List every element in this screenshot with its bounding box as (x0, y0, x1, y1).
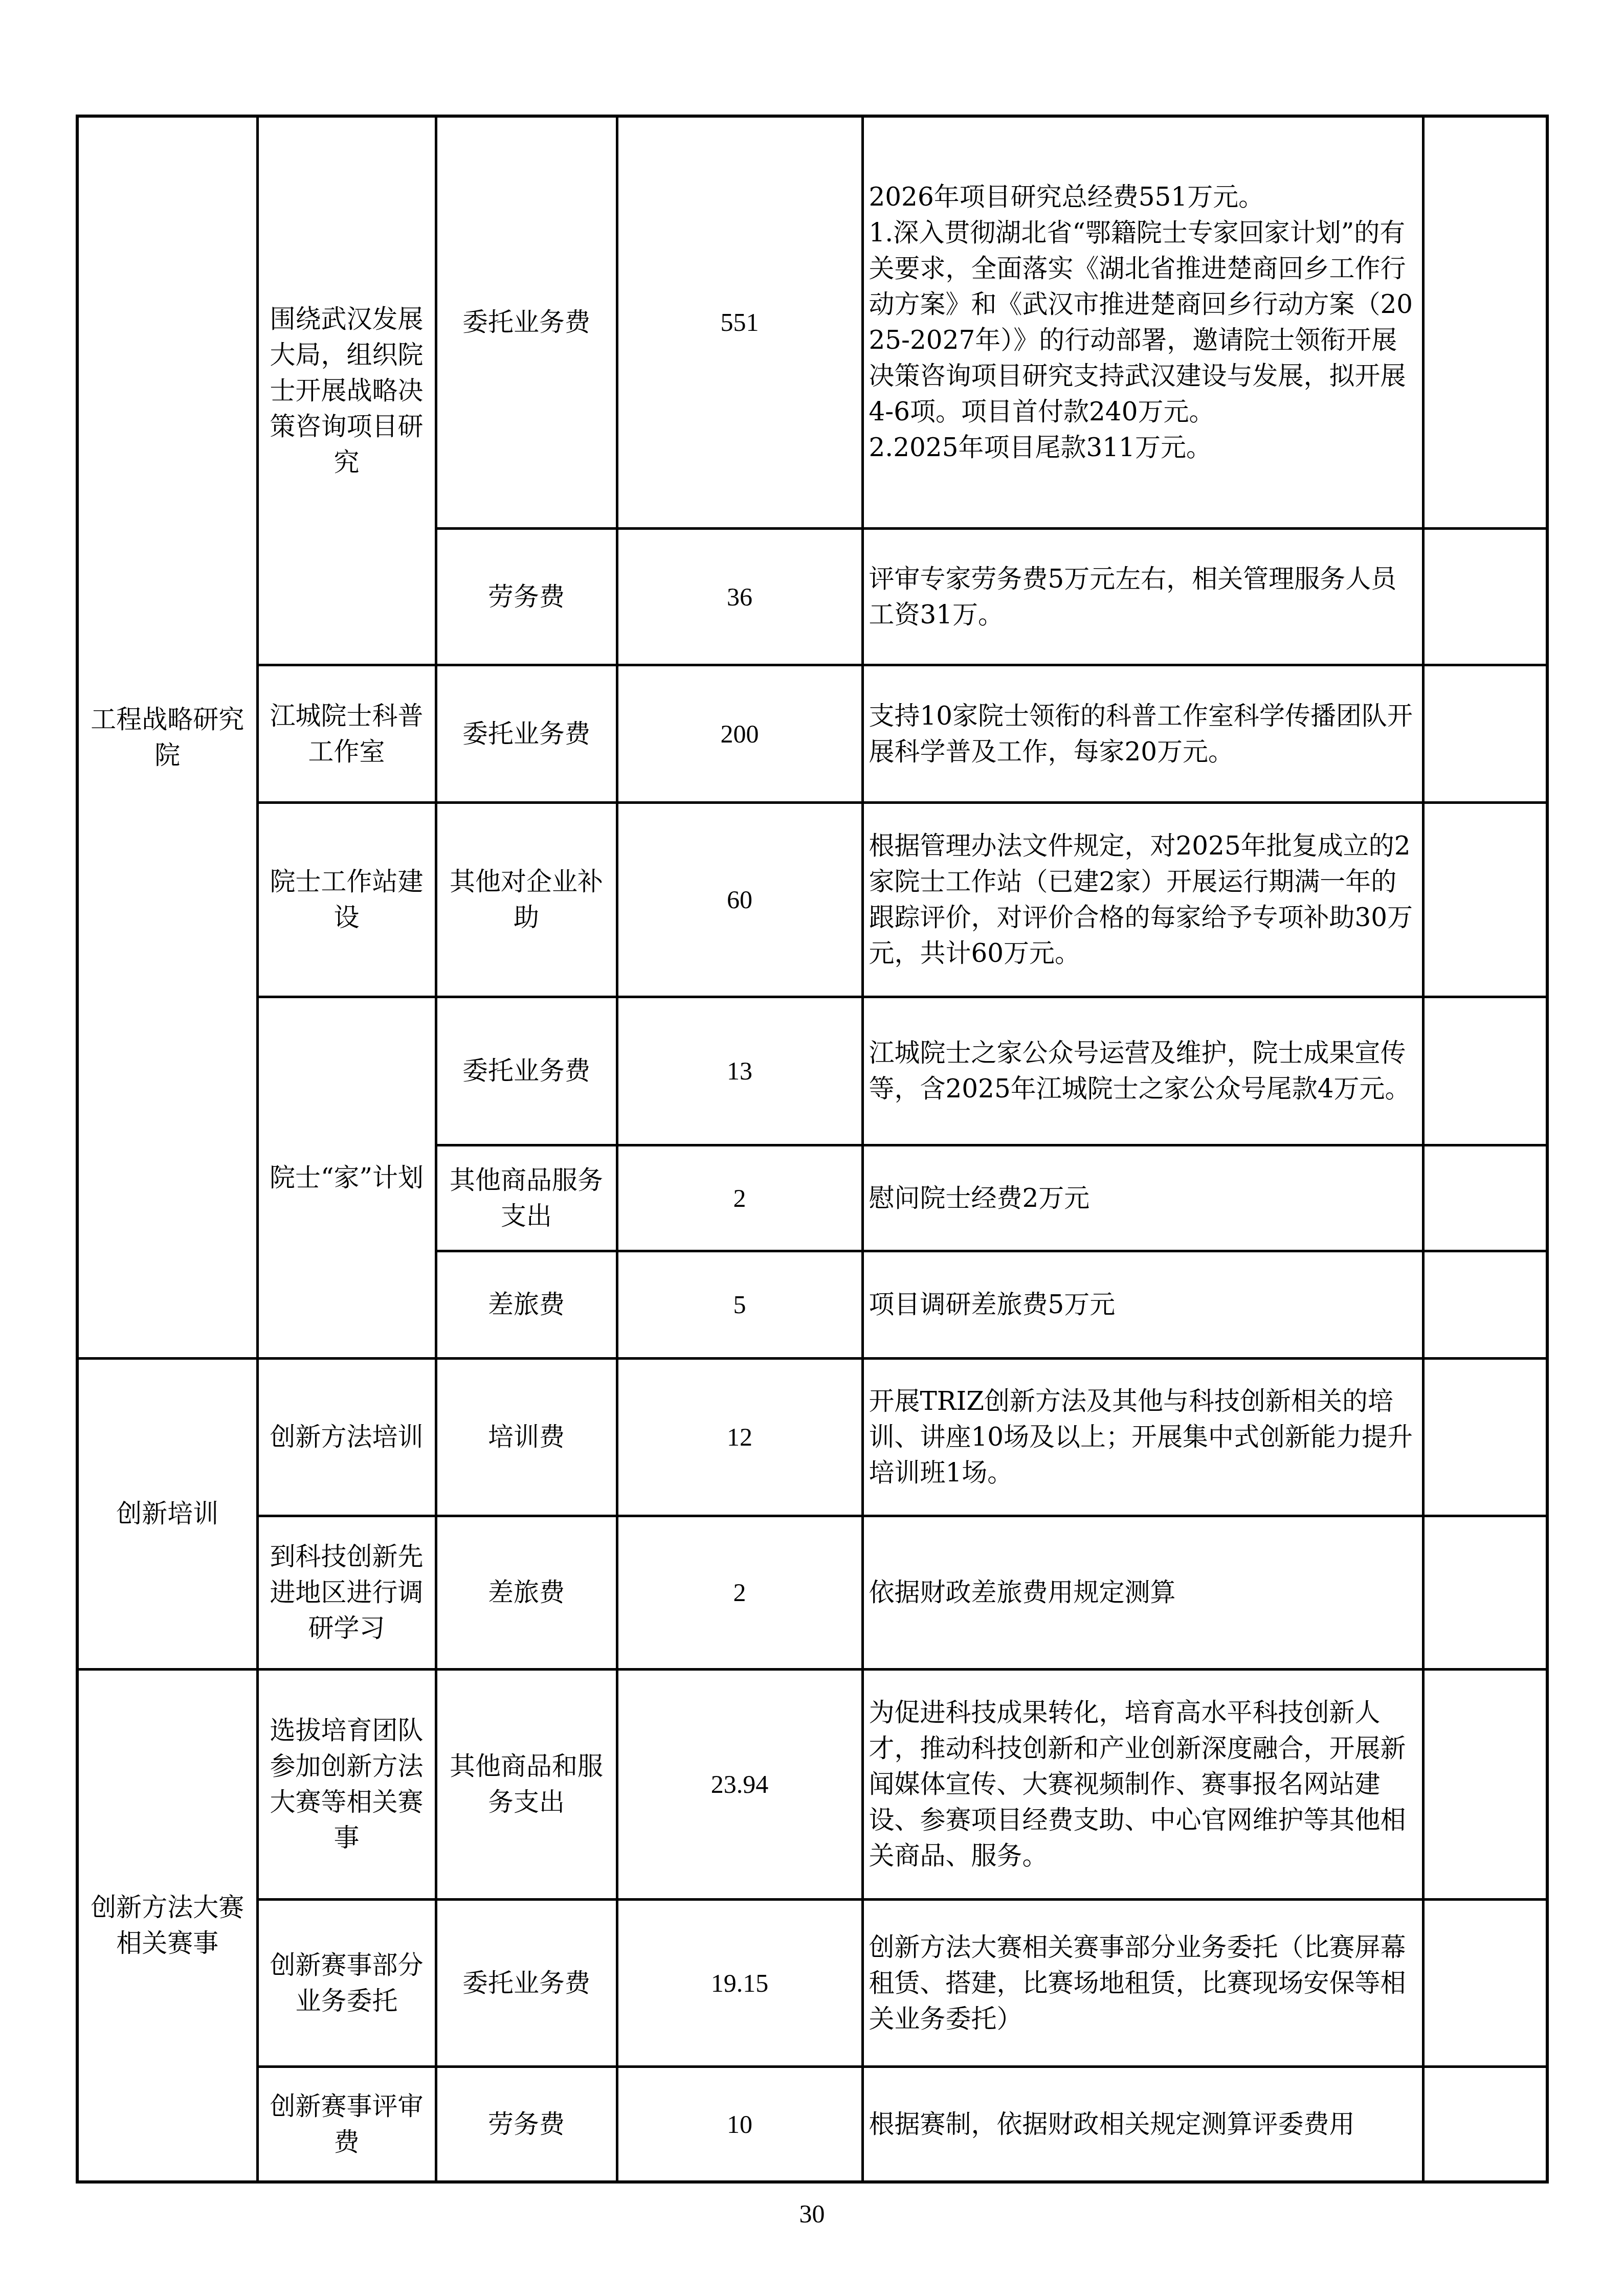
description-cell: 2026年项目研究总经费551万元。 1.深入贯彻湖北省“鄂籍院士专家回家计划”… (862, 116, 1423, 528)
expense-type-cell: 劳务费 (436, 528, 617, 665)
remark-cell (1423, 1145, 1547, 1251)
table-row: 院士“家”计划 委托业务费 13 江城院士之家公众号运营及维护，院士成果宣传等，… (77, 997, 1547, 1145)
table-row: 创新赛事评审费 劳务费 10 根据赛制，依据财政相关规定测算评委费用 (77, 2066, 1547, 2182)
description-cell: 创新方法大赛相关赛事部分业务委托（比赛屏幕租赁、搭建，比赛场地租赁，比赛现场安保… (862, 1899, 1423, 2066)
remark-cell (1423, 1899, 1547, 2066)
amount-cell: 36 (617, 528, 862, 665)
category-cell: 创新培训 (77, 1358, 257, 1669)
expense-type-cell: 其他商品服务支出 (436, 1145, 617, 1251)
project-cell: 围绕武汉发展大局，组织院士开展战略决策咨询项目研究 (257, 116, 436, 665)
project-cell: 创新赛事部分业务委托 (257, 1899, 436, 2066)
description-cell: 慰问院士经费2万元 (862, 1145, 1423, 1251)
amount-cell: 60 (617, 802, 862, 997)
expense-type-cell: 差旅费 (436, 1516, 617, 1669)
description-cell: 项目调研差旅费5万元 (862, 1251, 1423, 1358)
table-row: 创新方法大赛相关赛事 选拔培育团队参加创新方法大赛等相关赛事 其他商品和服务支出… (77, 1669, 1547, 1899)
amount-cell: 5 (617, 1251, 862, 1358)
amount-cell: 551 (617, 116, 862, 528)
description-cell: 支持10家院士领衔的科普工作室科学传播团队开展科学普及工作，每家20万元。 (862, 665, 1423, 802)
amount-cell: 2 (617, 1516, 862, 1669)
description-cell: 江城院士之家公众号运营及维护，院士成果宣传等，含2025年江城院士之家公众号尾款… (862, 997, 1423, 1145)
expense-type-cell: 差旅费 (436, 1251, 617, 1358)
expense-type-cell: 委托业务费 (436, 116, 617, 528)
table-row: 创新培训 创新方法培训 培训费 12 开展TRIZ创新方法及其他与科技创新相关的… (77, 1358, 1547, 1516)
expense-type-cell: 其他商品和服务支出 (436, 1669, 617, 1899)
amount-cell: 13 (617, 997, 862, 1145)
amount-cell: 19.15 (617, 1899, 862, 2066)
description-cell: 根据管理办法文件规定，对2025年批复成立的2家院士工作站（已建2家）开展运行期… (862, 802, 1423, 997)
project-cell: 院士“家”计划 (257, 997, 436, 1358)
table-row: 院士工作站建设 其他对企业补助 60 根据管理办法文件规定，对2025年批复成立… (77, 802, 1547, 997)
expense-type-cell: 委托业务费 (436, 1899, 617, 2066)
remark-cell (1423, 1669, 1547, 1899)
remark-cell (1423, 802, 1547, 997)
remark-cell (1423, 1358, 1547, 1516)
category-cell: 工程战略研究院 (77, 116, 257, 1358)
project-cell: 江城院士科普工作室 (257, 665, 436, 802)
remark-cell (1423, 116, 1547, 528)
description-cell: 依据财政差旅费用规定测算 (862, 1516, 1423, 1669)
remark-cell (1423, 2066, 1547, 2182)
remark-cell (1423, 997, 1547, 1145)
remark-cell (1423, 1516, 1547, 1669)
description-cell: 根据赛制，依据财政相关规定测算评委费用 (862, 2066, 1423, 2182)
table-row: 工程战略研究院 围绕武汉发展大局，组织院士开展战略决策咨询项目研究 委托业务费 … (77, 116, 1547, 528)
amount-cell: 10 (617, 2066, 862, 2182)
project-cell: 创新赛事评审费 (257, 2066, 436, 2182)
category-cell: 创新方法大赛相关赛事 (77, 1669, 257, 2182)
description-cell: 评审专家劳务费5万元左右，相关管理服务人员工资31万。 (862, 528, 1423, 665)
amount-cell: 200 (617, 665, 862, 802)
description-text: 2026年项目研究总经费551万元。 1.深入贯彻湖北省“鄂籍院士专家回家计划”… (869, 179, 1417, 465)
expense-type-cell: 委托业务费 (436, 665, 617, 802)
amount-cell: 12 (617, 1358, 862, 1516)
amount-cell: 23.94 (617, 1669, 862, 1899)
remark-cell (1423, 1251, 1547, 1358)
description-cell: 为促进科技成果转化，培育高水平科技创新人才，推动科技创新和产业创新深度融合，开展… (862, 1669, 1423, 1899)
project-cell: 院士工作站建设 (257, 802, 436, 997)
expense-type-cell: 委托业务费 (436, 997, 617, 1145)
page-number: 30 (0, 2199, 1624, 2229)
project-cell: 创新方法培训 (257, 1358, 436, 1516)
expense-type-cell: 劳务费 (436, 2066, 617, 2182)
remark-cell (1423, 528, 1547, 665)
table-row: 到科技创新先进地区进行调研学习 差旅费 2 依据财政差旅费用规定测算 (77, 1516, 1547, 1669)
expense-type-cell: 培训费 (436, 1358, 617, 1516)
table-row: 江城院士科普工作室 委托业务费 200 支持10家院士领衔的科普工作室科学传播团… (77, 665, 1547, 802)
amount-cell: 2 (617, 1145, 862, 1251)
remark-cell (1423, 665, 1547, 802)
project-cell: 选拔培育团队参加创新方法大赛等相关赛事 (257, 1669, 436, 1899)
table-row: 创新赛事部分业务委托 委托业务费 19.15 创新方法大赛相关赛事部分业务委托（… (77, 1899, 1547, 2066)
project-cell: 到科技创新先进地区进行调研学习 (257, 1516, 436, 1669)
expense-type-cell: 其他对企业补助 (436, 802, 617, 997)
description-cell: 开展TRIZ创新方法及其他与科技创新相关的培训、讲座10场及以上；开展集中式创新… (862, 1358, 1423, 1516)
budget-table: 工程战略研究院 围绕武汉发展大局，组织院士开展战略决策咨询项目研究 委托业务费 … (76, 115, 1549, 2184)
